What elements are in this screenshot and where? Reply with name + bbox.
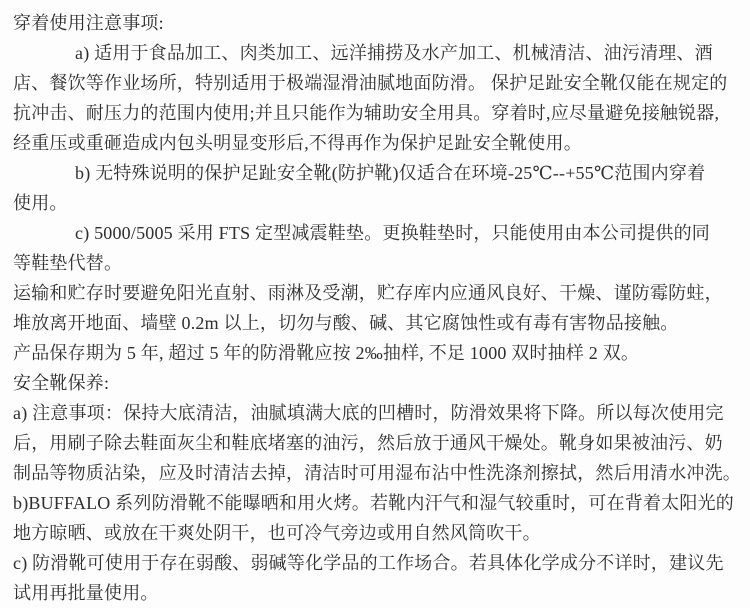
storage-paragraph-line: 堆放离开地面、墙壁 0.2m 以上，切勿与酸、碱、其它腐蚀性或有毒有害物品接触。 <box>0 308 750 338</box>
paragraph-a-line: 抗冲击、耐压力的范围内使用;并且只能作为辅助安全用具。穿着时,应尽量避免接触锐器… <box>0 98 750 128</box>
maintenance-c-line: 试用再批量使用。 <box>0 578 750 608</box>
paragraph-a-line: 店、餐饮等作业场所，特别适用于极端湿滑油腻地面防滑。 保护足趾安全靴仅能在规定的 <box>0 68 750 98</box>
maintenance-b-line: b)BUFFALO 系列防滑靴不能曝晒和用火烤。若靴内汗气和湿气较重时，可在背着… <box>0 488 750 518</box>
maintenance-b-line: 地方晾晒、或放在干爽处阴干，也可冷气旁边或用自然风筒吹干。 <box>0 518 750 548</box>
shelf-life-line: 产品保存期为 5 年, 超过 5 年的防滑靴应按 2‰抽样, 不足 1000 双… <box>0 338 750 368</box>
maintenance-a-line: 制品等物质沾染，应及时清洁去掉，清洁时可用湿布沾中性洗涤剂擦拭，然后用清水冲洗。 <box>0 458 750 488</box>
document-page: 穿着使用注意事项: a) 适用于食品加工、肉类加工、远洋捕捞及水产加工、机械清洁… <box>0 0 750 608</box>
paragraph-c-line: 等鞋垫代替。 <box>0 248 750 278</box>
paragraph-a-line: a) 适用于食品加工、肉类加工、远洋捕捞及水产加工、机械清洁、油污清理、酒 <box>0 38 750 68</box>
section-heading-maintenance: 安全靴保养: <box>0 368 750 398</box>
paragraph-b-line: 使用。 <box>0 188 750 218</box>
maintenance-a-line: 后，用刷子除去鞋面灰尘和鞋底堵塞的油污，然后放于通风干燥处。靴身如果被油污、奶 <box>0 428 750 458</box>
maintenance-c-line: c) 防滑靴可使用于存在弱酸、弱碱等化学品的工作场合。若具体化学成分不详时，建议… <box>0 548 750 578</box>
paragraph-a-line: 经重压或重砸造成内包头明显变形后,不得再作为保护足趾安全靴使用。 <box>0 128 750 158</box>
paragraph-b-line: b) 无特殊说明的保护足趾安全靴(防护靴)仅适合在环境-25℃--+55℃范围内… <box>0 158 750 188</box>
section-heading-wearing-notes: 穿着使用注意事项: <box>0 8 750 38</box>
paragraph-c-line: c) 5000/5005 采用 FTS 定型减震鞋垫。更换鞋垫时，只能使用由本公… <box>0 218 750 248</box>
maintenance-a-line: a) 注意事项：保持大底清洁，油腻填满大底的凹槽时，防滑效果将下降。所以每次使用… <box>0 398 750 428</box>
storage-paragraph-line: 运输和贮存时要避免阳光直射、雨淋及受潮，贮存库内应通风良好、干燥、谨防霉防蛀， <box>0 278 750 308</box>
